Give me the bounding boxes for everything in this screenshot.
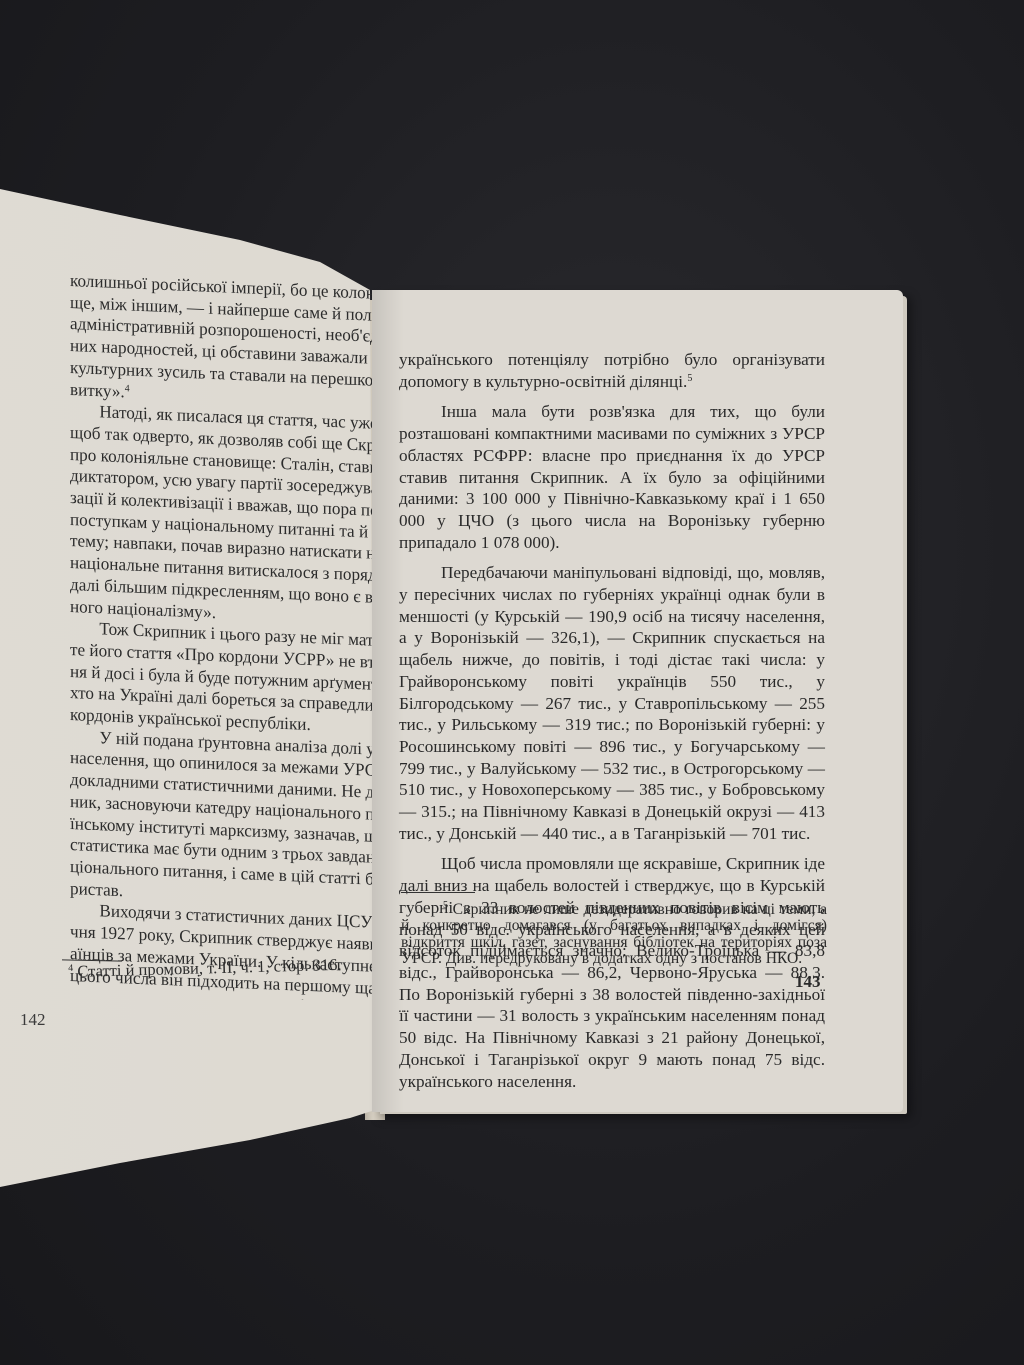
footnote-text: Скрипник не лише дезидеративно говорив н… — [401, 901, 827, 967]
paragraph: Щоб числа промовляли ще яскравіше, Скрип… — [399, 853, 825, 1092]
footnote-number: 5 — [443, 900, 448, 911]
right-page-body: українського потенціялу потрібно було ор… — [399, 349, 825, 1092]
left-page-body: колишньої російської імперії, бо це коло… — [70, 270, 372, 1004]
footnote-ref: 4 — [125, 383, 130, 394]
paragraph: Передбачаючи маніпульовані відповіді, що… — [399, 562, 825, 844]
right-footnote: 5 Скрипник не лише дезидеративно говорив… — [401, 902, 827, 968]
paragraph: Інша мала бути розв'язка для тих, що бул… — [399, 401, 825, 553]
footnote-ref: 5 — [687, 373, 692, 384]
footnote-number: 4 — [68, 963, 73, 974]
footnote-divider — [401, 892, 475, 893]
left-page-text-clip: колишньої російської імперії, бо це коло… — [0, 0, 372, 1365]
page-number-right: 143 — [795, 972, 821, 992]
open-book: колишньої російської імперії, бо це коло… — [0, 0, 1024, 1365]
page-number-left: 142 — [20, 1010, 46, 1030]
paragraph: українського потенціялу потрібно було ор… — [399, 349, 825, 392]
